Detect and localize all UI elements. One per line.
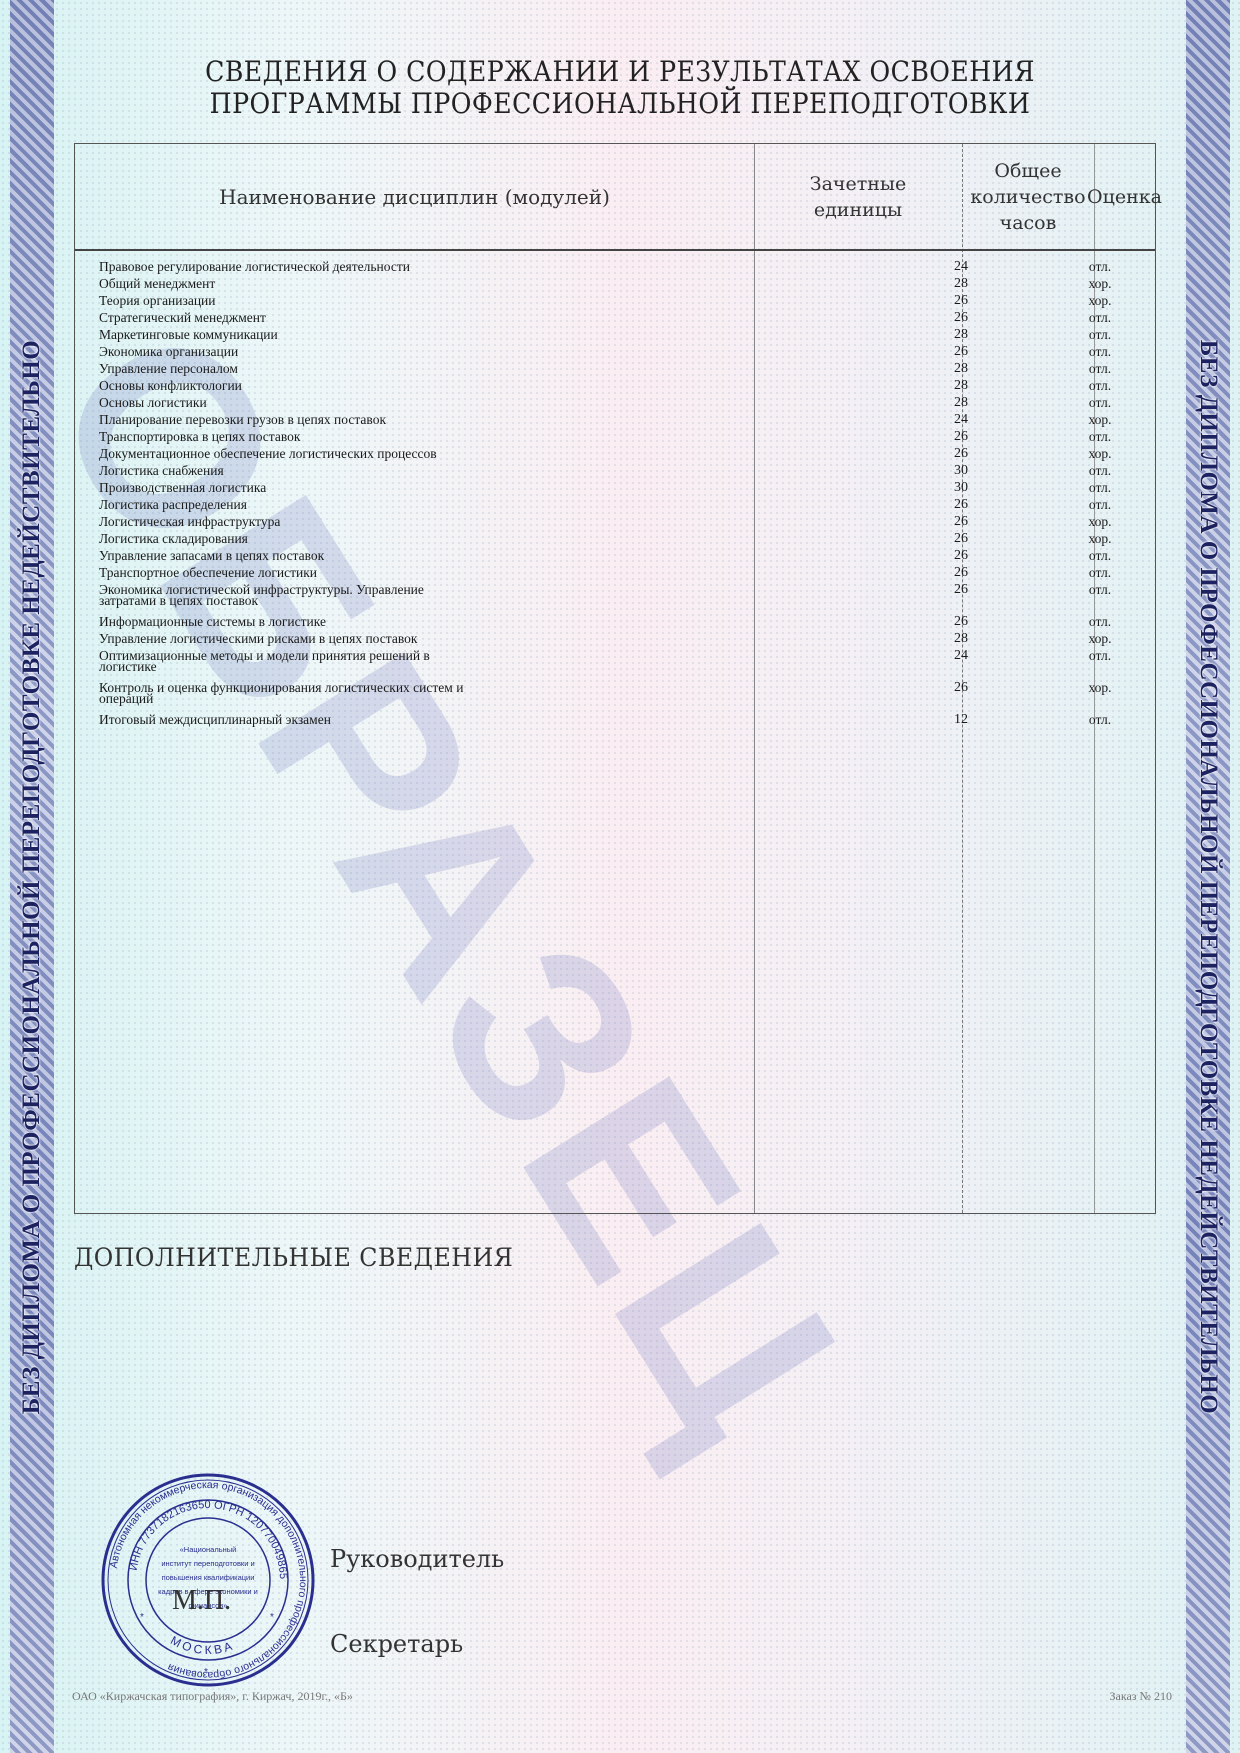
discipline-hours: 26 <box>941 516 981 527</box>
discipline-grade: хор. <box>1070 633 1130 644</box>
header-units-line: Зачетные <box>810 171 907 197</box>
discipline-hours: 28 <box>941 380 981 391</box>
discipline-hours: 26 <box>941 616 981 627</box>
column-divider <box>754 144 755 1213</box>
svg-text:МОСКВА: МОСКВА <box>168 1633 236 1657</box>
svg-text:*: * <box>270 1612 274 1623</box>
left-border-text: БЕЗ ДИПЛОМА О ПРОФЕССИОНАЛЬНОЙ ПЕРЕПОДГО… <box>18 339 46 1413</box>
discipline-name: Транспортировка в цепях поставок <box>99 431 479 442</box>
svg-text:*: * <box>140 1612 144 1623</box>
discipline-name: Маркетинговые коммуникации <box>99 329 479 340</box>
discipline-hours: 26 <box>941 448 981 459</box>
discipline-grade: отл. <box>1070 363 1130 374</box>
discipline-grade: хор. <box>1070 516 1130 527</box>
discipline-name: Основы логистики <box>99 397 479 408</box>
discipline-name: Управление логистическими рисками в цепя… <box>99 633 479 644</box>
discipline-hours: 30 <box>941 482 981 493</box>
discipline-grade: отл. <box>1070 397 1130 408</box>
discipline-hours: 12 <box>941 714 981 725</box>
discipline-grade: отл. <box>1070 550 1130 561</box>
discipline-grade: отл. <box>1070 616 1130 627</box>
discipline-hours: 28 <box>941 633 981 644</box>
header-hours-line: Общее <box>970 158 1085 184</box>
disciplines-table: Наименование дисциплин (модулей) Зачетны… <box>74 143 1156 1214</box>
discipline-name: Контроль и оценка функционирования логис… <box>99 682 479 704</box>
discipline-hours: 30 <box>941 465 981 476</box>
discipline-grade: отл. <box>1070 482 1130 493</box>
discipline-name: Транспортное обеспечение логистики <box>99 567 479 578</box>
discipline-name: Логистика складирования <box>99 533 479 544</box>
discipline-hours: 26 <box>941 682 981 693</box>
discipline-hours: 26 <box>941 567 981 578</box>
discipline-name: Логистика снабжения <box>99 465 479 476</box>
header-discipline-name: Наименование дисциплин (модулей) <box>75 144 754 249</box>
discipline-grade: хор. <box>1070 682 1130 693</box>
discipline-name: Логистическая инфраструктура <box>99 516 479 527</box>
page-title: СВЕДЕНИЯ О СОДЕРЖАНИИ И РЕЗУЛЬТАТАХ ОСВО… <box>62 56 1178 120</box>
discipline-grade: отл. <box>1070 431 1130 442</box>
discipline-hours: 26 <box>941 346 981 357</box>
discipline-name: Правовое регулирование логистической дея… <box>99 261 479 272</box>
header-hours-line: часов <box>970 210 1085 236</box>
title-line-1: СВЕДЕНИЯ О СОДЕРЖАНИИ И РЕЗУЛЬТАТАХ ОСВО… <box>62 56 1178 88</box>
discipline-name: Итоговый междисциплинарный экзамен <box>99 714 479 725</box>
discipline-grade: хор. <box>1070 278 1130 289</box>
left-security-border: БЕЗ ДИПЛОМА О ПРОФЕССИОНАЛЬНОЙ ПЕРЕПОДГО… <box>10 0 54 1753</box>
discipline-hours: 24 <box>941 414 981 425</box>
discipline-grade: отл. <box>1070 567 1130 578</box>
discipline-name: Логистика распределения <box>99 499 479 510</box>
discipline-hours: 24 <box>941 650 981 661</box>
discipline-name: Общий менеджмент <box>99 278 479 289</box>
svg-text:институт переподготовки и: институт переподготовки и <box>161 1559 254 1568</box>
discipline-hours: 28 <box>941 278 981 289</box>
organization-seal-icon: Автономная некоммерческая организация до… <box>98 1470 318 1690</box>
discipline-hours: 26 <box>941 312 981 323</box>
discipline-hours: 26 <box>941 584 981 595</box>
discipline-hours: 26 <box>941 499 981 510</box>
discipline-grade: хор. <box>1070 295 1130 306</box>
discipline-hours: 26 <box>941 533 981 544</box>
title-line-2: ПРОГРАММЫ ПРОФЕССИОНАЛЬНОЙ ПЕРЕПОДГОТОВК… <box>62 88 1178 120</box>
table-header: Наименование дисциплин (модулей) Зачетны… <box>75 144 1155 251</box>
discipline-grade: отл. <box>1070 312 1130 323</box>
discipline-grade: хор. <box>1070 414 1130 425</box>
discipline-grade: хор. <box>1070 533 1130 544</box>
discipline-name: Стратегический менеджмент <box>99 312 479 323</box>
discipline-hours: 26 <box>941 295 981 306</box>
discipline-grade: отл. <box>1070 329 1130 340</box>
order-number: Заказ № 210 <box>1109 1689 1172 1704</box>
header-total-hours: Общее количество часов <box>962 144 1094 249</box>
discipline-name: Управление персоналом <box>99 363 479 374</box>
discipline-name: Теория организации <box>99 295 479 306</box>
discipline-grade: отл. <box>1070 346 1130 357</box>
signature-head-label: Руководитель <box>330 1545 504 1573</box>
discipline-name: Документационное обеспечение логистическ… <box>99 448 479 459</box>
discipline-hours: 26 <box>941 431 981 442</box>
header-units-line: единицы <box>810 197 907 223</box>
discipline-grade: отл. <box>1070 465 1130 476</box>
discipline-hours: 24 <box>941 261 981 272</box>
discipline-name: Управление запасами в цепях поставок <box>99 550 479 561</box>
seal-place-label: М.П. <box>172 1585 231 1617</box>
svg-text:«Национальный: «Национальный <box>180 1545 237 1554</box>
discipline-grade: отл. <box>1070 261 1130 272</box>
header-grade: Оценка <box>1094 144 1155 249</box>
discipline-name: Экономика организации <box>99 346 479 357</box>
discipline-hours: 28 <box>941 363 981 374</box>
discipline-grade: отл. <box>1070 380 1130 391</box>
header-hours-line: количество <box>970 184 1085 210</box>
header-credit-units: Зачетные единицы <box>754 144 962 249</box>
discipline-name: Экономика логистической инфраструктуры. … <box>99 584 479 606</box>
discipline-grade: хор. <box>1070 448 1130 459</box>
discipline-grade: отл. <box>1070 584 1130 595</box>
discipline-grade: отл. <box>1070 714 1130 725</box>
discipline-name: Информационные системы в логистике <box>99 616 479 627</box>
discipline-name: Планирование перевозки грузов в цепях по… <box>99 414 479 425</box>
right-border-text: БЕЗ ДИПЛОМА О ПРОФЕССИОНАЛЬНОЙ ПЕРЕПОДГО… <box>1194 339 1222 1413</box>
discipline-name: Производственная логистика <box>99 482 479 493</box>
discipline-hours: 26 <box>941 550 981 561</box>
discipline-hours: 28 <box>941 329 981 340</box>
printer-imprint: ОАО «Киржачская типография», г. Киржач, … <box>72 1689 353 1704</box>
discipline-name: Основы конфликтологии <box>99 380 479 391</box>
discipline-grade: отл. <box>1070 499 1130 510</box>
svg-text:повышения квалификации: повышения квалификации <box>162 1573 255 1582</box>
discipline-name: Оптимизационные методы и модели принятия… <box>99 650 479 672</box>
discipline-grade: отл. <box>1070 650 1130 661</box>
right-security-border: БЕЗ ДИПЛОМА О ПРОФЕССИОНАЛЬНОЙ ПЕРЕПОДГО… <box>1186 0 1230 1753</box>
discipline-hours: 28 <box>941 397 981 408</box>
signature-secretary-label: Секретарь <box>330 1630 463 1658</box>
svg-text:*: * <box>204 1667 208 1678</box>
additional-info-heading: ДОПОЛНИТЕЛЬНЫЕ СВЕДЕНИЯ <box>74 1243 513 1272</box>
